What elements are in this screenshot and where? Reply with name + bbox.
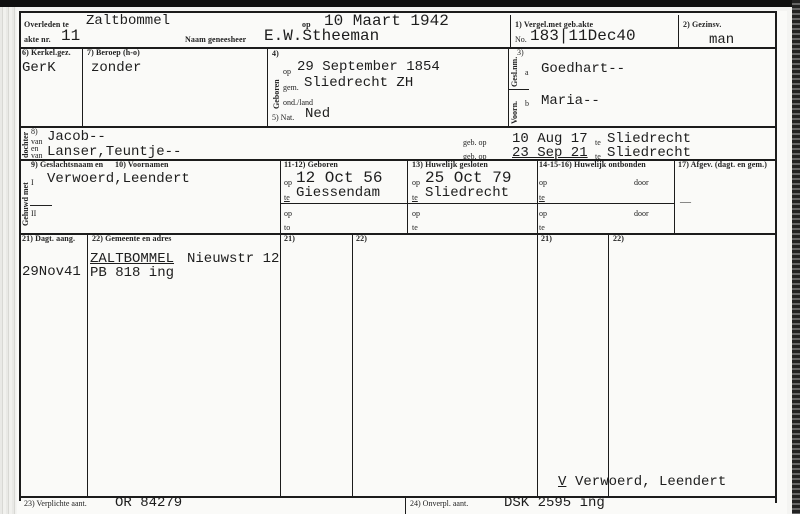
ont-door1: door [634, 178, 649, 187]
nat-label: 5) Nat. [272, 113, 294, 122]
verplichte-value: OR 84279 [115, 495, 182, 511]
ges-te2: te [412, 223, 418, 232]
geb-te2: to [284, 223, 290, 232]
card-right-border [775, 11, 777, 503]
naam-num: 3) [517, 48, 524, 57]
spouse-1-name: Verwoerd,Leendert [47, 171, 190, 187]
roman-i: I [31, 178, 34, 187]
father-geb-label: geb. op [463, 138, 487, 147]
b-label: b [525, 99, 529, 108]
geslachtsnaam-label: 9) Geslachtsnaam [31, 160, 93, 169]
divider [280, 234, 281, 496]
beroep-label: 7) Beroep (h-o) [87, 48, 140, 57]
nat-value: Ned [305, 106, 330, 122]
divider [678, 15, 679, 47]
divider [608, 234, 609, 496]
geboren-label: 11-12) Geboren [284, 160, 338, 169]
divider [509, 89, 529, 90]
divider [267, 48, 268, 126]
afgev-value: — [680, 196, 691, 208]
v-mark: V [558, 474, 566, 490]
ont-te2: te [539, 223, 545, 232]
geb-op2: op [284, 209, 292, 218]
akte-label: akte nr. [24, 35, 51, 44]
divider [281, 203, 407, 204]
vergel-value: 183|11Dec40 [530, 27, 636, 45]
v-name: Verwoerd, Leendert [575, 474, 726, 490]
ont-op2: op [539, 209, 547, 218]
geb-op-value: 29 September 1854 [297, 59, 440, 75]
geb-op-label: op [283, 67, 291, 76]
geboren-vertical-label: Geboren [272, 79, 281, 109]
van2-label: van [31, 151, 43, 160]
father-te-label: te [595, 138, 601, 147]
mother-birth-place: Sliedrecht [607, 145, 691, 161]
dochter-vertical-label: dochter [21, 132, 30, 158]
divider [407, 160, 408, 233]
divider [674, 160, 675, 233]
father-name: Jacob-- [47, 129, 106, 145]
en-label: en [95, 160, 103, 169]
onverpl-value: DSK 2595 ing [504, 495, 605, 511]
afgev-label: 17) Afgev. (dagt. en gem.) [678, 160, 767, 169]
parents-num: 8) [31, 127, 38, 136]
ontbonden-label: 14-15-16) Huwelijk ontbonden [539, 160, 646, 169]
divider [352, 234, 353, 496]
geneesheer-value: E.W.Stheeman [264, 27, 379, 45]
divider [87, 234, 88, 496]
geb-gem-value: Sliedrecht ZH [304, 75, 413, 91]
geb-op1: op [284, 178, 292, 187]
dagt-aang-value: 29Nov41 [22, 264, 81, 280]
divider [537, 234, 538, 496]
gemeente-street: Nieuwstr 12 [187, 251, 279, 267]
geb-te1: te [284, 193, 290, 202]
geslnm-vertical-label: Gesl.nm. [510, 57, 519, 87]
vergel-no-label: No. [515, 35, 527, 44]
gesloten-label: 13) Huwelijk gesloten [412, 160, 488, 169]
onverpl-label: 24) Onverpl. aant. [410, 499, 468, 508]
divider [82, 48, 83, 126]
scan-left-margin [0, 7, 16, 514]
gemeente-label: 22) Gemeente en adres [92, 234, 172, 243]
col6-label: 22) [613, 234, 624, 243]
divider [280, 160, 281, 233]
beroep-value: zonder [91, 60, 141, 76]
roman-ii: II [31, 209, 36, 218]
divider [405, 497, 406, 514]
divider [538, 203, 674, 204]
ges-te1: te [412, 193, 418, 202]
gemeente-extra: PB 818 ing [90, 265, 174, 281]
kerk-label: 6) Kerkel.gez. [22, 48, 71, 57]
marriage-place: Sliedrecht [425, 185, 509, 201]
mother-name: Lanser,Teuntje-- [47, 144, 181, 160]
spouse-birth-place: Giessendam [296, 185, 380, 201]
gehuwd-vertical-label: Gehuwd met [21, 182, 30, 226]
verplichte-label: 23) Verplichte aant. [24, 499, 87, 508]
achternaam-value: Goedhart-- [541, 61, 625, 77]
a-label: a [525, 68, 529, 77]
persoonskaart-card: Overleden te Zaltbommel op 10 Maart 1942… [17, 11, 787, 514]
voorn-vertical-label: Voorn. [510, 101, 519, 124]
col4-label: 22) [356, 234, 367, 243]
ont-door2: door [634, 209, 649, 218]
row-divider [19, 126, 777, 128]
voornaam-value: Maria-- [541, 93, 600, 109]
separator-dash [30, 205, 52, 206]
gezinsv-label: 2) Gezinsv. [683, 20, 721, 29]
overleden-value: Zaltbommel [86, 13, 170, 29]
dagt-label: 21) Dagt. aang. [22, 234, 75, 243]
ont-op1: op [539, 178, 547, 187]
geneesheer-label: Naam geneesheer [185, 35, 246, 44]
kerk-value: GerK [22, 60, 56, 76]
scan-right-edge [792, 0, 800, 514]
ges-op2: op [412, 209, 420, 218]
voornamen-label: 10) Voornamen [115, 160, 169, 169]
card-left-border [19, 11, 21, 501]
scan-top-edge [0, 0, 800, 7]
mother-birth-date: 23 Sep 21 [512, 145, 588, 161]
geboren-num: 4) [272, 49, 279, 58]
akte-value: 11 [61, 27, 80, 45]
divider [508, 48, 509, 126]
ont-te1: te [539, 193, 545, 202]
geb-gem-label: gem. [283, 83, 299, 92]
divider [537, 160, 538, 233]
col3-label: 21) [284, 234, 295, 243]
col5-label: 21) [541, 234, 552, 243]
divider [408, 203, 537, 204]
divider [510, 15, 511, 47]
ges-op1: op [412, 178, 420, 187]
gezinsv-value: man [709, 32, 734, 48]
